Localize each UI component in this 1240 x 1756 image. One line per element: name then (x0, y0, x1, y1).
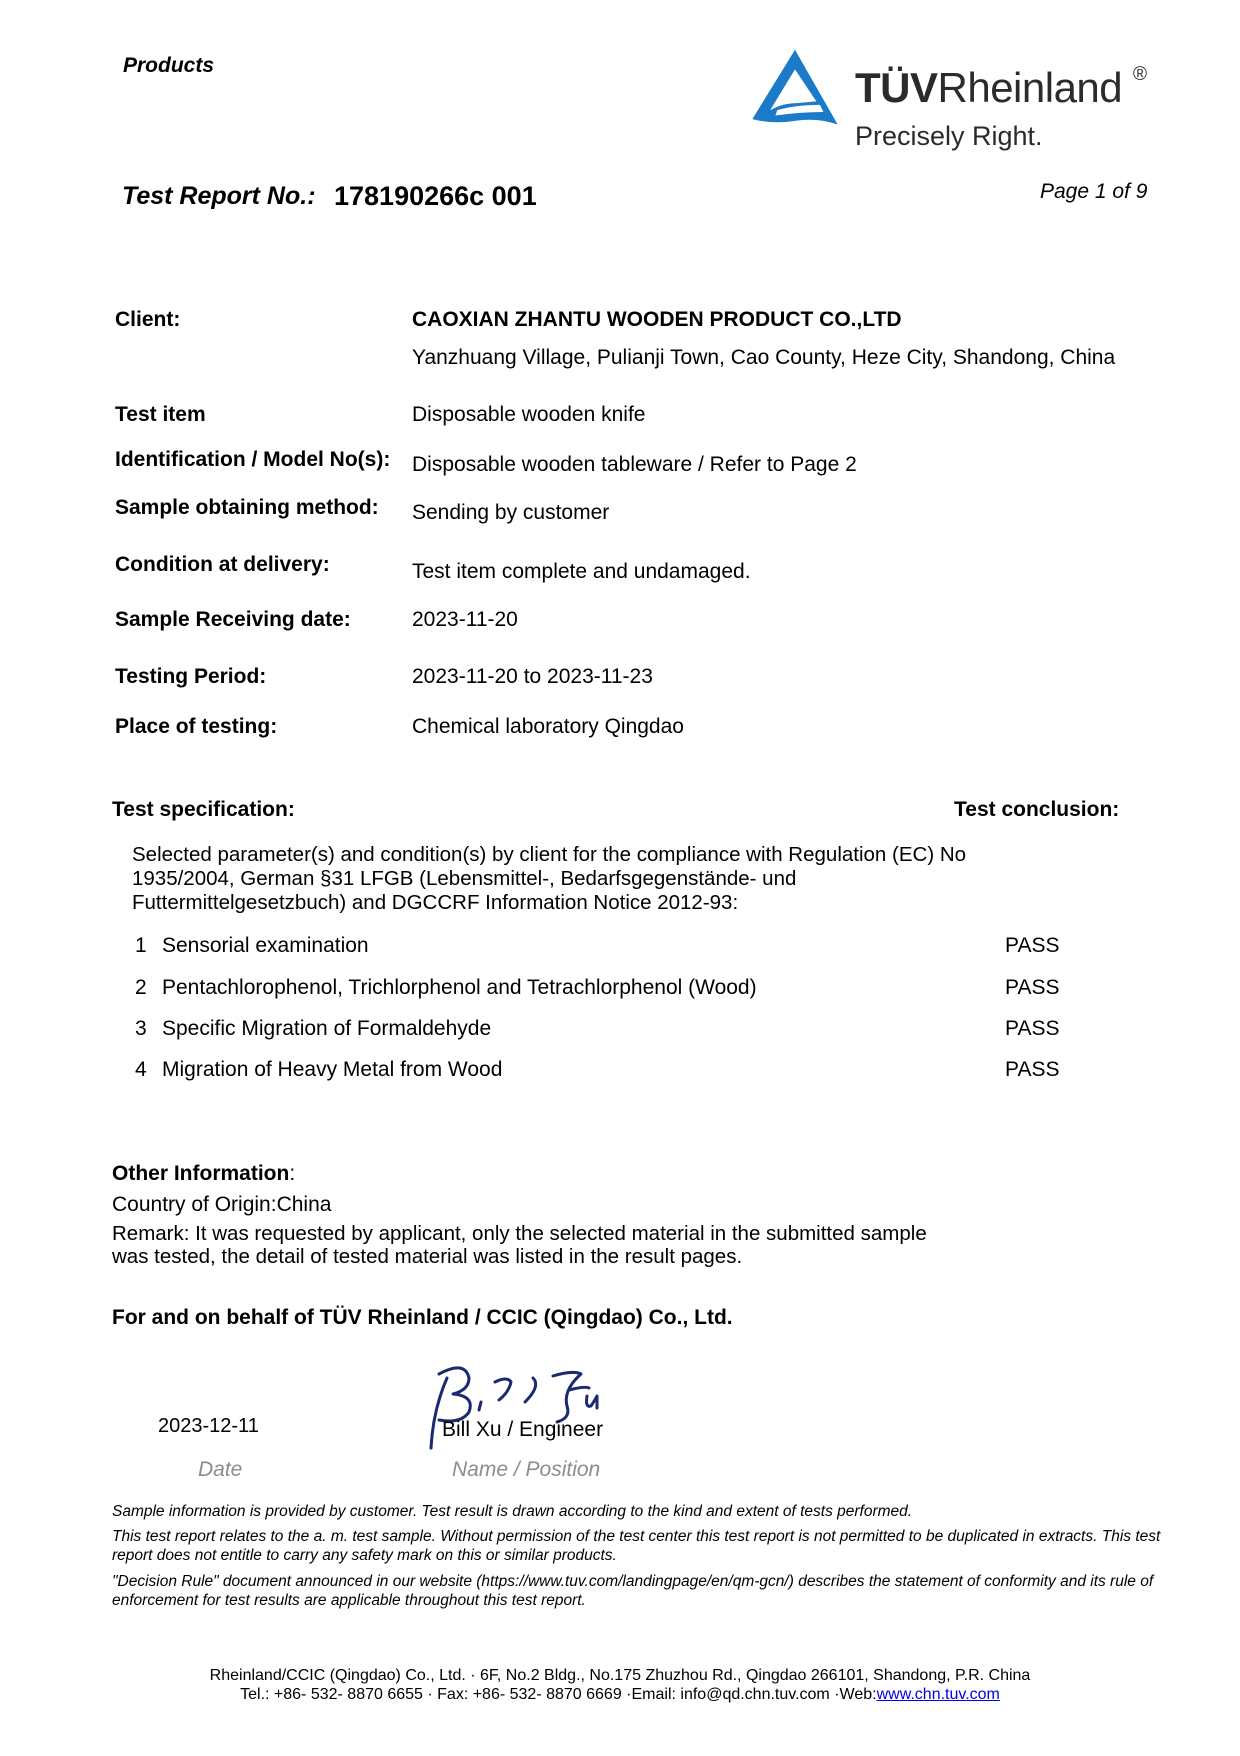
client-address: Yanzhuang Village, Pulianji Town, Cao Co… (412, 346, 1115, 370)
testing-period-value: 2023-11-20 to 2023-11-23 (412, 665, 653, 689)
document-category: Products (123, 54, 214, 78)
disclaimer-sample-info: Sample information is provided by custom… (112, 1502, 1172, 1521)
client-name: CAOXIAN ZHANTU WOODEN PRODUCT CO.,LTD (412, 308, 902, 332)
test-number: 4 (135, 1058, 147, 1082)
footer-address: Rheinland/CCIC (Qingdao) Co., Ltd. · 6F,… (0, 1666, 1240, 1685)
remark-text: Remark: It was requested by applicant, o… (112, 1222, 932, 1268)
condition-label: Condition at delivery: (115, 553, 330, 577)
website-link[interactable]: www.chn.tuv.com (877, 1686, 1000, 1703)
sample-method-value: Sending by customer (412, 501, 609, 525)
date-caption: Date (198, 1458, 242, 1482)
model-value: Disposable wooden tableware / Refer to P… (412, 453, 857, 477)
disclaimer-duplication: This test report relates to the a. m. te… (112, 1527, 1172, 1565)
test-name: Sensorial examination (162, 934, 369, 958)
name-position-caption: Name / Position (452, 1458, 600, 1482)
report-number: 178190266c 001 (334, 181, 537, 212)
test-conclusion-label: Test conclusion: (954, 798, 1119, 822)
on-behalf-statement: For and on behalf of TÜV Rheinland / CCI… (112, 1306, 733, 1330)
receiving-date-value: 2023-11-20 (412, 608, 518, 632)
place-of-testing-label: Place of testing: (115, 715, 277, 739)
test-number: 2 (135, 976, 147, 1000)
receiving-date-label: Sample Receiving date: (115, 608, 351, 632)
test-result: PASS (1005, 1017, 1059, 1041)
other-information-label: Other Information: (112, 1162, 295, 1186)
client-label: Client: (115, 308, 180, 332)
logo-brand-text: TÜVRheinland (855, 64, 1122, 112)
condition-value: Test item complete and undamaged. (412, 560, 751, 584)
test-number: 1 (135, 934, 147, 958)
test-specification-label: Test specification: (112, 798, 295, 822)
test-name: Migration of Heavy Metal from Wood (162, 1058, 502, 1082)
tuv-rheinland-logo: TÜVRheinland ® Precisely Right. (750, 44, 1170, 154)
footer: Rheinland/CCIC (Qingdao) Co., Ltd. · 6F,… (0, 1666, 1240, 1704)
test-result: PASS (1005, 1058, 1059, 1082)
page-indicator: Page 1 of 9 (1040, 180, 1147, 204)
country-of-origin: Country of Origin:China (112, 1193, 331, 1217)
model-label: Identification / Model No(s): (115, 448, 390, 472)
sample-method-label: Sample obtaining method: (115, 496, 379, 520)
test-number: 3 (135, 1017, 147, 1041)
test-name: Specific Migration of Formaldehyde (162, 1017, 491, 1041)
disclaimer-decision-rule: "Decision Rule" document announced in ou… (112, 1572, 1172, 1610)
signer-name-position: Bill Xu / Engineer (442, 1418, 603, 1442)
logo-slogan: Precisely Right. (855, 121, 1043, 152)
test-result: PASS (1005, 976, 1059, 1000)
registered-mark: ® (1133, 64, 1147, 86)
test-specification-text: Selected parameter(s) and condition(s) b… (132, 843, 972, 915)
testing-period-label: Testing Period: (115, 665, 266, 689)
footer-contact: Tel.: +86- 532- 8870 6655 · Fax: +86- 53… (0, 1685, 1240, 1704)
test-name: Pentachlorophenol, Trichlorphenol and Te… (162, 976, 757, 1000)
signoff-date: 2023-12-11 (158, 1415, 259, 1438)
place-of-testing-value: Chemical laboratory Qingdao (412, 715, 684, 739)
report-number-label: Test Report No.: (122, 182, 316, 211)
test-item-value: Disposable wooden knife (412, 403, 645, 427)
test-item-label: Test item (115, 403, 206, 427)
tuv-triangle-icon (750, 48, 840, 128)
test-result: PASS (1005, 934, 1059, 958)
